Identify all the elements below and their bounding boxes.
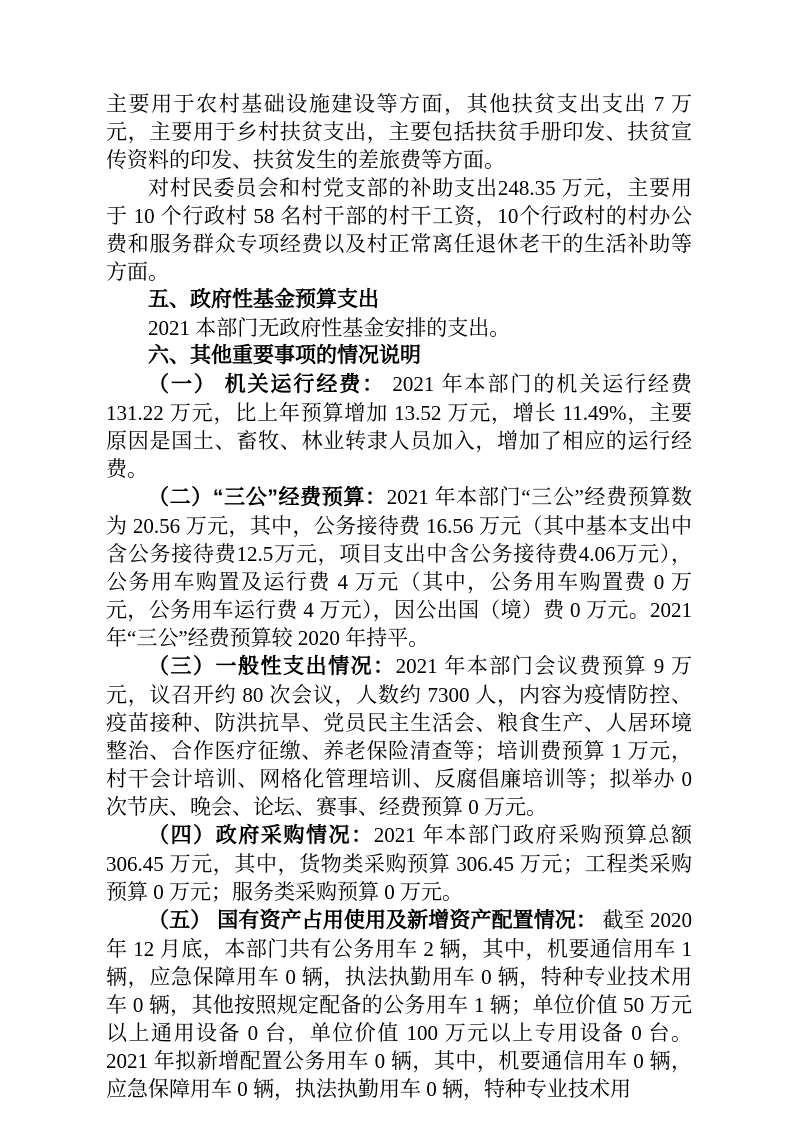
paragraph: （二）“三公”经费预算：2021 年本部门“三公”经费预算数为 20.56 万元…: [106, 483, 692, 652]
paragraph-lead: （二）“三公”经费预算：: [148, 486, 387, 509]
section-heading: 五、政府性基金预算支出: [106, 286, 692, 314]
paragraph: （三）一般性支出情况：2021 年本部门会议费预算 9 万元，议召开约 80 次…: [106, 652, 692, 821]
paragraph-lead: （四）政府采购情况：: [148, 824, 374, 847]
paragraph: 主要用于农村基础设施建设等方面，其他扶贫支出支出 7 万元，主要用于乡村扶贫支出…: [106, 90, 692, 174]
paragraph: （五） 国有资产占用使用及新增资产配置情况： 截至 2020 年 12 月底，本…: [106, 906, 692, 1103]
paragraph: （四）政府采购情况：2021 年本部门政府采购预算总额 306.45 万元，其中…: [106, 821, 692, 906]
paragraph-lead: （三）一般性支出情况：: [148, 655, 396, 678]
paragraph-text: 2021 年本部门“三公”经费预算数为 20.56 万元，其中，公务接待费 16…: [106, 485, 692, 650]
paragraph-lead: （一） 机关运行经费：: [148, 373, 385, 396]
paragraph-text: 2021 年本部门会议费预算 9 万元，议召开约 80 次会议，人数约 7300…: [106, 654, 692, 819]
paragraph: （一） 机关运行经费： 2021 年本部门的机关运行经费 131.22 万元，比…: [106, 370, 692, 483]
paragraph: 对村民委员会和村党支部的补助支出248.35 万元，主要用于 10 个行政村 5…: [106, 174, 692, 286]
paragraph-text: 截至 2020 年 12 月底，本部门共有公务用车 2 辆，其中，机要通信用车 …: [106, 908, 692, 1101]
section-heading: 六、其他重要事项的情况说明: [106, 342, 692, 370]
document-body: 主要用于农村基础设施建设等方面，其他扶贫支出支出 7 万元，主要用于乡村扶贫支出…: [106, 90, 692, 1103]
paragraph: 2021 本部门无政府性基金安排的支出。: [106, 314, 692, 342]
document-page: 主要用于农村基础设施建设等方面，其他扶贫支出支出 7 万元，主要用于乡村扶贫支出…: [0, 0, 793, 1122]
paragraph-lead: （五） 国有资产占用使用及新增资产配置情况：: [148, 909, 597, 932]
